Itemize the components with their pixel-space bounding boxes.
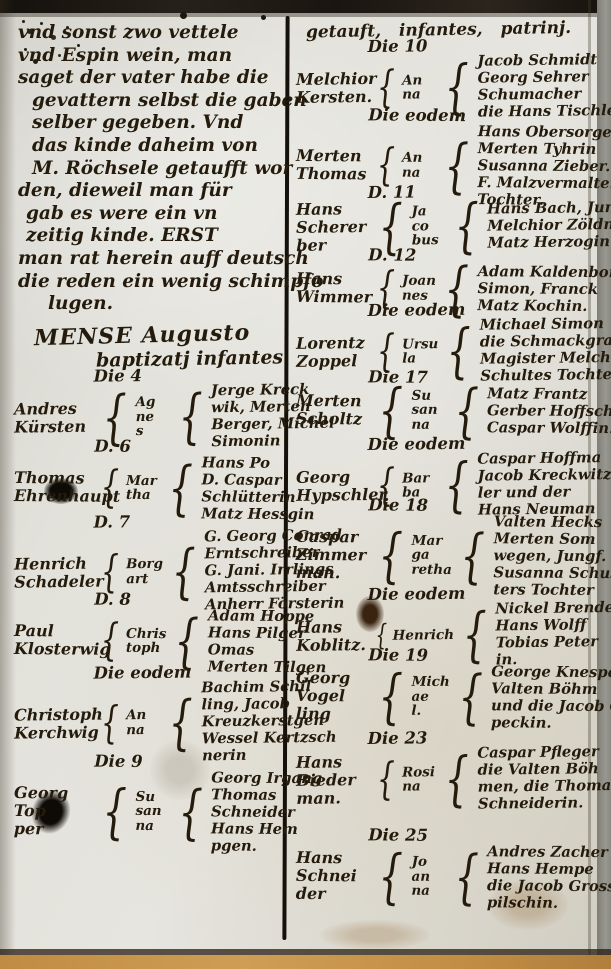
parent-name-line: Scherer [296, 218, 370, 237]
sponsor-line: Hans Obersorge. [478, 123, 611, 141]
sponsor-line: Gerber Hoffschein [487, 402, 611, 420]
entry-row: GeorgVogelling{Michael.{George KnespeVal… [296, 662, 608, 732]
child-name-line: Su [412, 388, 446, 403]
sponsor-line: Michael Simon [480, 315, 611, 334]
curly-brace-icon: { [378, 853, 403, 900]
sponsor-line: Adam Kaldenborn [478, 263, 611, 281]
register-entry: Die 25HansSchneider{Joanna{Andres Zacher… [296, 825, 609, 912]
curly-brace-icon: { [378, 531, 403, 578]
curly-brace-icon: { [444, 755, 469, 802]
sponsor-line: die Valten Böh [477, 760, 611, 779]
parent-name-line: Vogel [296, 687, 370, 706]
sponsor-line: Valten Hecks [494, 513, 611, 531]
parent-name-line: Thomas [296, 164, 370, 183]
parent-name-line: Hans [296, 753, 370, 772]
child-name-line: l. [411, 704, 449, 719]
sponsor-line: die Jacob Gross [487, 877, 611, 895]
curly-brace-icon: { [377, 70, 396, 105]
sponsor-line: Schneiderin. [478, 794, 611, 813]
curly-brace-icon: { [377, 334, 396, 369]
curly-brace-icon: { [454, 387, 479, 434]
curly-brace-icon: { [378, 386, 403, 433]
curly-brace-icon: { [377, 762, 396, 797]
sponsor-line: George Knespe [491, 663, 611, 681]
sponsor-line: Valten Böhm [491, 680, 611, 698]
sponsor-line: und die Jacob Gross [491, 697, 611, 715]
curly-brace-icon: { [454, 202, 479, 249]
parent-name-line: der [296, 885, 370, 904]
child-name-line: Joan [402, 274, 436, 289]
sponsor-line: Jacob Kreckwitz [477, 466, 611, 485]
child-block: Henrich [392, 628, 454, 643]
child-name-line: na [411, 884, 445, 899]
child-name-line: an [411, 869, 445, 884]
parent-block: LorentzZoppel [296, 334, 370, 371]
curly-brace-icon: { [378, 673, 403, 720]
sponsor-line: Hans Wolff [495, 616, 611, 635]
child-block: Anna [402, 73, 436, 102]
parent-name-line: Melchior [296, 70, 370, 89]
child-block: Rosina [402, 765, 436, 794]
right-column-entries: Die 10MelchiorKersten.{Anna{Jacob Schmid… [0, 0, 611, 969]
parent-block: CasparZimmerman. [296, 527, 370, 582]
sponsor-line: men, die Thomas [478, 777, 611, 796]
child-name-line: na [411, 417, 445, 432]
child-name-line: ga [411, 548, 452, 563]
parent-block: MertenScholtz [296, 391, 370, 428]
register-entry: Die 17MertenScholtz{Susanna{Matz FrantzG… [296, 367, 608, 437]
sponsor-line: Merten Tyhrin [478, 140, 611, 158]
curly-brace-icon: { [444, 63, 469, 110]
parent-block: HansSchneider [296, 849, 370, 904]
child-block: Ursula [402, 337, 439, 366]
parent-name-line: Merten [296, 391, 370, 410]
sponsor-line: Caspar Pfleger [477, 743, 611, 762]
parent-name-line: Zimmer [296, 545, 370, 564]
sponsor-line: Georg Sehrer [477, 68, 611, 87]
sponsor-line: Schumacher [478, 85, 611, 104]
sponsor-line: Matz Frantz [487, 385, 611, 403]
parent-block: GeorgVogelling [296, 669, 370, 724]
child-name-line: Ursu [402, 337, 438, 352]
sponsor-line: Melchior Zöldner. [487, 215, 611, 234]
sponsor-line: Caspar Hoffma [477, 449, 611, 468]
parent-name-line: Schnei [296, 867, 370, 886]
parent-name-line: man. [296, 789, 370, 808]
parent-name-line: Hans [296, 849, 370, 868]
parent-block: HansBiederman. [296, 753, 371, 808]
curly-brace-icon: { [460, 532, 485, 579]
entry-row: HansBiederman.{Rosina{Caspar Pflegerdie … [296, 743, 609, 815]
child-block: Joannes [402, 274, 436, 303]
register-entry: Die 19GeorgVogelling{Michael.{George Kne… [296, 645, 609, 732]
parent-name-line: Georg [296, 669, 370, 688]
child-name-line: co [412, 219, 446, 234]
child-name-line: na [402, 87, 436, 102]
child-name-line: Ja [411, 204, 445, 219]
sponsors-block: Matz FrantzGerber HoffscheinCaspar Wolff… [487, 385, 611, 437]
sponsor-line: Simon, Franck [477, 280, 611, 298]
sponsor-line: Jacob Schmidt [477, 51, 611, 70]
child-block: Margaretha [411, 533, 452, 577]
parent-name-line: Lorentz [296, 334, 370, 353]
sponsor-line: Hans Bach, Junior [487, 198, 611, 217]
child-name-line: la [402, 351, 438, 366]
sponsor-line: Nickel Brendel [495, 599, 611, 618]
sponsor-line: wegen, Jungf. [493, 547, 611, 565]
curly-brace-icon: { [458, 673, 483, 720]
child-name-line: na [402, 165, 436, 180]
child-name-line: san [411, 403, 445, 418]
child-name-line: An [402, 73, 436, 88]
curly-brace-icon: { [377, 147, 395, 182]
sponsor-line: Andres Zacher [487, 843, 611, 861]
curly-brace-icon: { [378, 203, 403, 250]
register-entry: Die 23HansBiederman.{Rosina{Caspar Pfleg… [295, 726, 608, 815]
child-name-line: Mich [412, 675, 450, 690]
child-block: Anna [402, 151, 436, 180]
sponsor-line: Magister Melchior [480, 349, 611, 368]
sponsor-line: Merten Som [494, 530, 611, 548]
child-name-line: na [402, 779, 436, 794]
parent-name-line: ling [296, 705, 370, 724]
child-name-line: Rosi [402, 765, 436, 780]
child-block: Jacobus [411, 204, 446, 248]
sponsor-line: die Schmackgratzin [480, 332, 611, 351]
parent-name-line: Hans [296, 618, 370, 637]
entry-row: MertenScholtz{Susanna{Matz FrantzGerber … [296, 384, 608, 437]
parent-name-line: Hans [296, 269, 370, 288]
child-block: Joanna [411, 855, 445, 899]
register-entry: D. 11HansSchererber{Jacobus{Hans Bach, J… [296, 180, 609, 255]
sponsors-block: Andres ZacherHans Hempedie Jacob Grosspi… [487, 843, 611, 912]
parent-name-line: Merten [296, 146, 370, 165]
sponsor-line: pilschin. [487, 894, 611, 912]
sponsors-block: Hans Bach, JuniorMelchior Zöldner.Matz H… [487, 198, 611, 251]
child-name-line: Jo [412, 855, 446, 870]
parent-name-line: Georg [296, 468, 370, 487]
child-name-line: An [402, 151, 436, 166]
child-block: Michael. [411, 675, 449, 719]
curly-brace-icon: { [454, 853, 479, 900]
parent-block: MertenThomas [296, 146, 370, 183]
register-page: vnd sonst zwo vettelevnd Espin wein, man… [0, 0, 611, 969]
sponsor-line: Susanna Zieber. [477, 157, 611, 175]
parent-name-line: Bieder [296, 771, 370, 790]
child-name-line: Bar [402, 471, 436, 486]
sponsors-block: George KnespeValten Böhmund die Jacob Gr… [491, 663, 611, 732]
sponsors-block: Caspar Pflegerdie Valten Böhmen, die Tho… [477, 743, 611, 813]
child-block: Susanna [411, 388, 445, 432]
sponsor-line: Hans Hempe [487, 860, 611, 878]
entry-row: HansSchneider{Joanna{Andres ZacherHans H… [296, 842, 608, 912]
parent-name-line: Hans [296, 200, 370, 219]
curly-brace-icon: { [375, 624, 387, 647]
parent-name-line: Caspar [296, 527, 370, 546]
sponsor-line: Susanna Schus [493, 564, 611, 582]
parent-name-line: Scholtz [296, 409, 370, 428]
parent-name-line: man. [296, 563, 370, 582]
child-name-line: retha [411, 562, 452, 577]
child-name-line: Henrich [392, 628, 454, 643]
parent-block: MelchiorKersten. [296, 70, 370, 107]
